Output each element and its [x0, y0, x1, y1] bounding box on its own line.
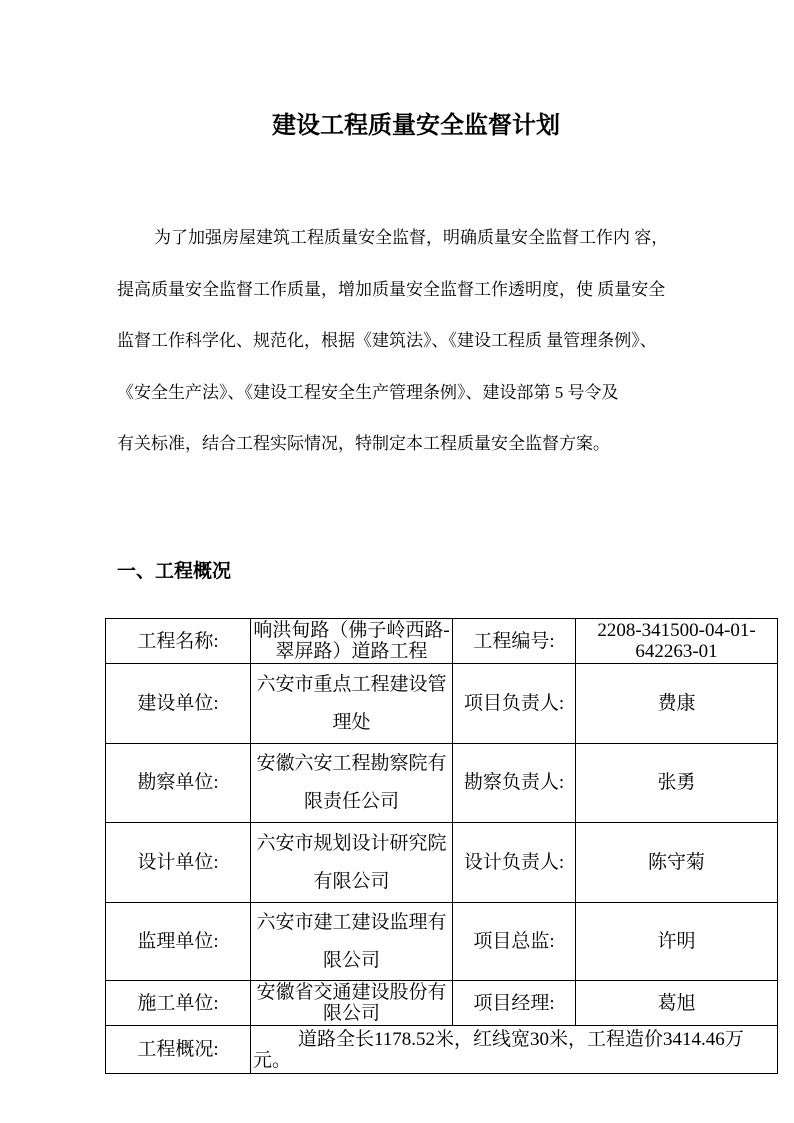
project-manager-label: 项目经理:	[453, 981, 576, 1026]
project-manager-value: 葛旭	[576, 981, 778, 1026]
paragraph-line: 监督工作科学化、规范化，根据《建筑法》、《建设工程质 量管理条例》、	[117, 329, 697, 381]
contractor-unit-label: 施工单位:	[106, 981, 251, 1026]
table-row-survey-unit: 勘察单位: 安徽六安工程勘察院有限责任公司 勘察负责人: 张勇	[106, 744, 778, 823]
survey-leader-label: 勘察负责人:	[453, 744, 576, 823]
survey-unit-label: 勘察单位:	[106, 744, 251, 823]
construction-unit-value: 六安市重点工程建设管理处	[251, 664, 453, 744]
paragraph-line: 为了加强房屋建筑工程质量安全监督，明确质量安全监督工作内 容，	[117, 226, 697, 278]
paragraph-line: 有关标准，结合工程实际情况，特制定本工程质量安全监督方案。	[117, 432, 697, 484]
contractor-unit-value: 安徽省交通建设股份有限公司	[251, 981, 453, 1026]
project-code-label: 工程编号:	[453, 619, 576, 664]
document-title: 建设工程质量安全监督计划	[38, 111, 794, 141]
paragraph-line: 提高质量安全监督工作质量，增加质量安全监督工作透明度，使 质量安全	[117, 278, 697, 330]
project-leader-value: 费康	[576, 664, 778, 744]
project-summary-label: 工程概况:	[106, 1026, 251, 1074]
paragraph-line: 《安全生产法》、《建设工程安全生产管理条例》、建设部第 5 号令及	[117, 381, 697, 433]
supervision-unit-label: 监理单位:	[106, 903, 251, 981]
project-overview-table: 工程名称: 响洪甸路（佛子岭西路-翠屏路）道路工程 工程编号: 2208-341…	[105, 618, 778, 1074]
table-row-contractor-unit: 施工单位: 安徽省交通建设股份有限公司 项目经理: 葛旭	[106, 981, 778, 1026]
construction-unit-label: 建设单位:	[106, 664, 251, 744]
table-row-supervision-unit: 监理单位: 六安市建工建设监理有限公司 项目总监: 许明	[106, 903, 778, 981]
chief-supervisor-value: 许明	[576, 903, 778, 981]
design-unit-label: 设计单位:	[106, 823, 251, 903]
section-heading-project-overview: 一、工程概况	[117, 560, 231, 584]
project-leader-label: 项目负责人:	[453, 664, 576, 744]
document-page: { "page": { "background": "#ffffff", "te…	[0, 0, 794, 1123]
survey-leader-value: 张勇	[576, 744, 778, 823]
intro-paragraph: 为了加强房屋建筑工程质量安全监督，明确质量安全监督工作内 容， 提高质量安全监督…	[117, 226, 697, 484]
design-leader-label: 设计负责人:	[453, 823, 576, 903]
supervision-unit-value: 六安市建工建设监理有限公司	[251, 903, 453, 981]
chief-supervisor-label: 项目总监:	[453, 903, 576, 981]
table-row-project-name: 工程名称: 响洪甸路（佛子岭西路-翠屏路）道路工程 工程编号: 2208-341…	[106, 619, 778, 664]
table-row-project-summary: 工程概况: 道路全长1178.52米，红线宽30米，工程造价3414.46万元。	[106, 1026, 778, 1074]
design-unit-value: 六安市规划设计研究院有限公司	[251, 823, 453, 903]
table-row-construction-unit: 建设单位: 六安市重点工程建设管理处 项目负责人: 费康	[106, 664, 778, 744]
project-name-label: 工程名称:	[106, 619, 251, 664]
project-summary-value: 道路全长1178.52米，红线宽30米，工程造价3414.46万元。	[251, 1026, 778, 1074]
design-leader-value: 陈守菊	[576, 823, 778, 903]
survey-unit-value: 安徽六安工程勘察院有限责任公司	[251, 744, 453, 823]
project-code-value: 2208-341500-04-01-642263-01	[576, 619, 778, 664]
project-name-value: 响洪甸路（佛子岭西路-翠屏路）道路工程	[251, 619, 453, 664]
table-row-design-unit: 设计单位: 六安市规划设计研究院有限公司 设计负责人: 陈守菊	[106, 823, 778, 903]
